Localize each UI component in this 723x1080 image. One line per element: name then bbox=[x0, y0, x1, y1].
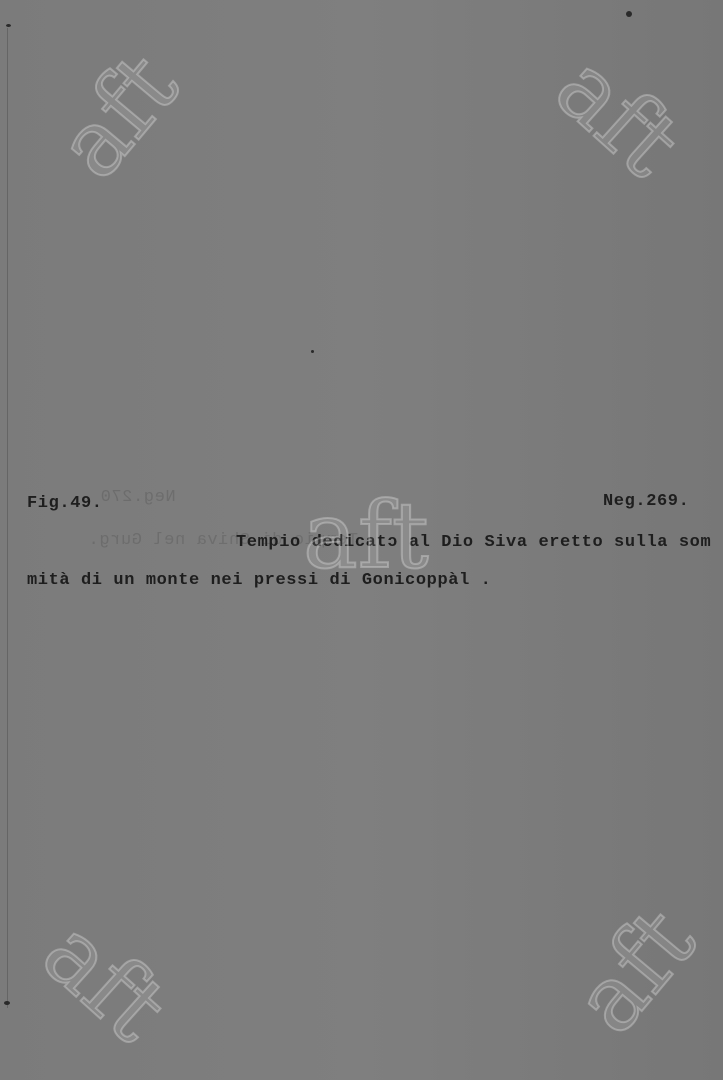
watermark-top-right: aft bbox=[540, 40, 695, 193]
watermark-bottom-left: aft bbox=[27, 905, 182, 1058]
watermark-center: aft bbox=[303, 490, 429, 582]
card-edge-line bbox=[7, 28, 8, 1008]
scanned-card: Tempio di Shiva nel Gurg. Neg.270 Fig.49… bbox=[0, 0, 723, 1080]
figure-label: Fig.49. bbox=[27, 494, 103, 513]
dust-speck bbox=[4, 1001, 10, 1005]
watermark-top-left: aft bbox=[42, 38, 193, 194]
dust-speck bbox=[626, 11, 632, 17]
bleedthrough-neg: Neg.270 bbox=[100, 488, 176, 507]
dust-speck bbox=[311, 350, 314, 353]
negative-label: Neg.269. bbox=[603, 492, 689, 511]
dust-speck bbox=[6, 24, 11, 27]
watermark-bottom-right: aft bbox=[559, 893, 710, 1049]
